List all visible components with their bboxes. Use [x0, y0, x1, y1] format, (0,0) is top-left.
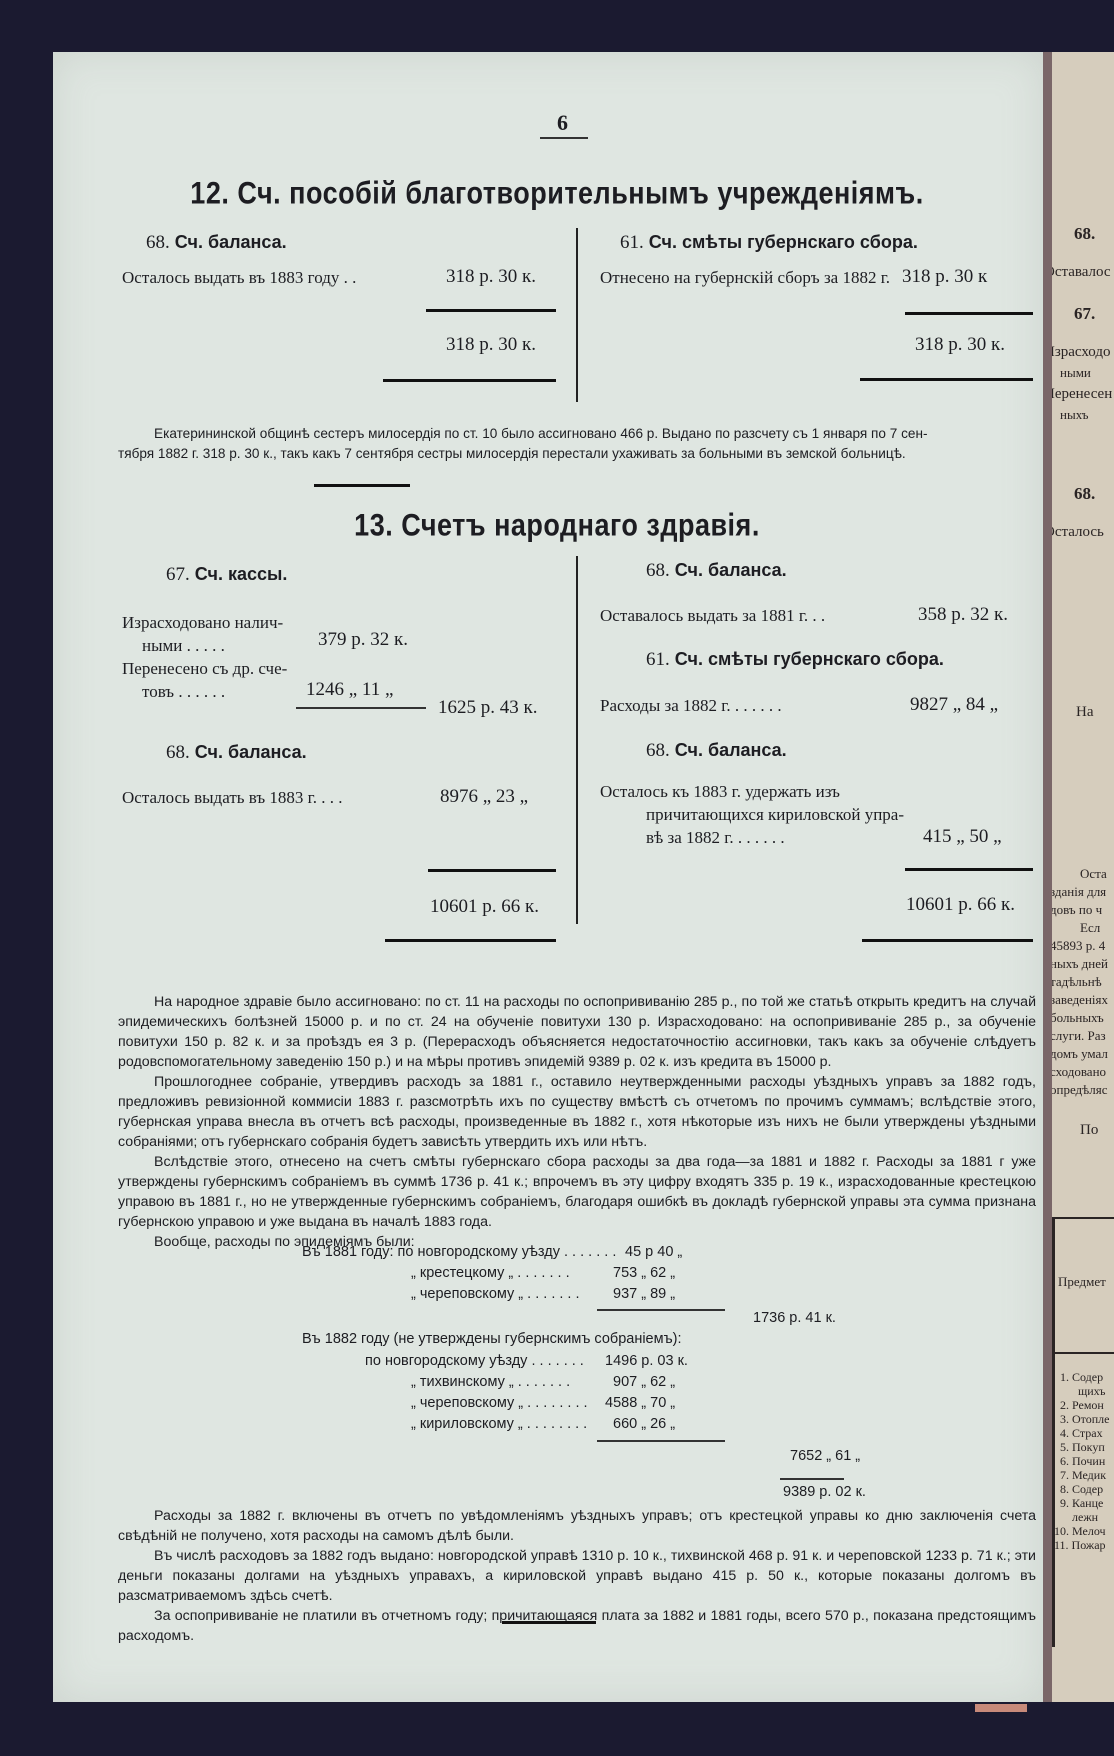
adjacent-list-item: 2. Ремон	[1060, 1398, 1104, 1413]
epidemic-1881-total: 1736 р. 41 к.	[753, 1310, 836, 1326]
line-amount: 379 р. 32 к.	[318, 629, 408, 651]
line-amount: 358 р. 32 к.	[918, 604, 1008, 626]
adjacent-fragment: зданія для	[1052, 884, 1106, 900]
acct-67-heading: 67. Сч. кассы.	[166, 564, 287, 586]
section-separator	[314, 484, 410, 487]
epidemic-grand-total: 9389 р. 02 к.	[783, 1484, 866, 1500]
epidemic-amount: 907 „ 62 „	[613, 1374, 675, 1390]
adjacent-list-item: 9. Канце	[1060, 1496, 1103, 1511]
body-text-block-2: Расходы за 1882 г. включены въ отчетъ по…	[118, 1506, 1036, 1646]
adjacent-table-rule	[1052, 1352, 1114, 1354]
epidemic-row-label: „ кириловскому „ . . . . . . . .	[411, 1416, 587, 1432]
account-number: 68.	[646, 740, 670, 761]
sum-rule	[428, 869, 556, 872]
line-label: товъ . . . . . .	[142, 682, 225, 702]
adjacent-table-border	[1052, 1217, 1055, 1647]
epidemic-1882-label: Въ 1882 году (не утверждены губернскимъ …	[302, 1331, 682, 1347]
epidemic-row-label: „ череповскому „ . . . . . . .	[411, 1286, 580, 1302]
adjacent-fragment: ныхъ дней	[1052, 956, 1108, 972]
adjacent-list-item: 5. Покуп	[1060, 1440, 1105, 1455]
total-rule	[860, 378, 1033, 381]
section-12-right-total: 318 р. 30 к.	[915, 334, 1005, 356]
total-rule	[385, 939, 556, 942]
acct-68b-heading: 68. Сч. баланса.	[646, 740, 787, 762]
adjacent-table-rule	[1052, 1217, 1114, 1219]
adjacent-fragment: На	[1076, 704, 1094, 721]
epidemic-row-label: „ череповскому „ . . . . . . . .	[411, 1395, 588, 1411]
column-divider	[576, 228, 578, 402]
epidemic-amount: 4588 „ 70 „	[605, 1395, 675, 1411]
account-heading: Сч. смѣты губернскаго сбора.	[649, 232, 918, 252]
adjacent-list-item: 1. Содер	[1060, 1370, 1103, 1385]
line-amount: 318 р. 30 к.	[446, 266, 536, 288]
line-label: Осталось выдать въ 1883 г. . . .	[122, 788, 342, 808]
total-rule	[862, 939, 1033, 942]
epidemic-amount: 753 „ 62 „	[613, 1265, 675, 1281]
account-heading: Сч. смѣты губернскаго сбора.	[675, 649, 944, 669]
note-line: Екатерининской общинѣ сестеръ милосердія…	[118, 424, 1036, 444]
paragraph: На народное здравіе было ассигновано: по…	[118, 992, 1036, 1072]
section-12-left-heading: 68. Сч. баланса.	[146, 232, 287, 254]
line-amount: 8976 „ 23 „	[440, 786, 528, 808]
adjacent-list-item: лежн	[1072, 1510, 1098, 1525]
account-number: 61.	[620, 232, 644, 253]
body-text-block-1: На народное здравіе было ассигновано: по…	[118, 992, 1036, 1252]
epidemic-row-label: „ тихвинскому „ . . . . . . .	[411, 1374, 570, 1390]
section-12-left-total: 318 р. 30 к.	[446, 334, 536, 356]
line-label: причитающихся кириловской упра-	[646, 805, 904, 825]
section-12-right-heading: 61. Сч. смѣты губернскаго сбора.	[620, 232, 918, 254]
section-13-title: 13. Счетъ народнаго здравія.	[0, 508, 1114, 544]
adjacent-list-item: 3. Отопле	[1060, 1412, 1110, 1427]
line-label: Отнесено на губернскій сборъ за 1882 г.	[600, 268, 890, 288]
paragraph: Вслѣдствіе этого, отнесено на счетъ смѣт…	[118, 1152, 1036, 1232]
section-12-note: Екатерининской общинѣ сестеръ милосердія…	[118, 424, 1036, 464]
adjacent-fragment: Оста	[1080, 866, 1107, 882]
epidemic-row-label: „ крестецкому „ . . . . . . .	[411, 1265, 570, 1281]
adjacent-list-item: 11. Пожар	[1054, 1538, 1106, 1553]
adjacent-fragment: 45893 р. 4	[1052, 938, 1105, 954]
note-line: тября 1882 г. 318 р. 30 к., такъ какъ 7 …	[118, 444, 1036, 464]
account-number: 68.	[146, 232, 170, 253]
section-12-title: 12. Сч. пособій благотворительнымъ учреж…	[0, 176, 1114, 212]
total-rule	[780, 1478, 844, 1480]
end-separator	[502, 1621, 596, 1624]
paragraph: Прошлогоднее собраніе, утвердивъ расходъ…	[118, 1072, 1036, 1152]
line-amount: 9827 „ 84 „	[910, 694, 998, 716]
adjacent-list-item: щихъ	[1078, 1384, 1105, 1399]
sum-rule	[426, 309, 556, 312]
line-amount: 1246 „ 11 „	[306, 679, 393, 701]
adjacent-fragment: заведеніях	[1052, 992, 1108, 1008]
adjacent-list-item: 7. Медик	[1060, 1468, 1106, 1483]
adjacent-fragment: больныхъ	[1052, 1010, 1104, 1026]
section-13-left-total: 10601 р. 66 к.	[430, 896, 539, 918]
account-heading: Сч. баланса.	[675, 560, 787, 580]
total-rule	[383, 379, 556, 382]
adjacent-list-item: 6. Почин	[1060, 1454, 1105, 1469]
epidemic-1881-label: Въ 1881 году: по новгородскому уѣзду . .…	[302, 1244, 616, 1260]
line-label: Перенесено съ др. сче-	[122, 659, 287, 679]
account-heading: Сч. баланса.	[675, 740, 787, 760]
line-label: Расходы за 1882 г. . . . . . .	[600, 696, 782, 716]
account-heading: Сч. баланса.	[175, 232, 287, 252]
epidemic-row-label: по новгородскому уѣзду . . . . . . .	[365, 1353, 584, 1369]
book-spine	[1043, 52, 1052, 1702]
adjacent-fragment: ныхъ	[1060, 407, 1088, 423]
adjacent-fragment: 68.	[1074, 224, 1095, 244]
adjacent-fragment: По	[1080, 1122, 1098, 1139]
acct-68-heading: 68. Сч. баланса.	[166, 742, 307, 764]
adjacent-fragment: ными	[1060, 365, 1091, 381]
adjacent-fragment: домъ умал	[1052, 1046, 1108, 1062]
account-number: 68.	[166, 742, 190, 763]
adjacent-fragment: Оставалос	[1052, 264, 1111, 281]
column-divider	[576, 556, 578, 924]
paragraph: Въ числѣ расходовъ за 1882 годъ выдано: …	[118, 1546, 1036, 1606]
page-number: 6	[557, 110, 568, 136]
adjacent-fragment: довъ по ч	[1052, 902, 1102, 918]
line-label: Израсходовано налич-	[122, 613, 283, 633]
line-label: Оставалось выдать за 1881 г. . .	[600, 606, 825, 626]
subtotal-rule	[597, 1440, 725, 1442]
line-label: Осталось выдать въ 1883 году . .	[122, 268, 356, 288]
section-13-right-total: 10601 р. 66 к.	[906, 894, 1015, 916]
adjacent-fragment: сходовано	[1052, 1064, 1106, 1080]
subtotal-rule	[296, 707, 426, 709]
adjacent-fragment: опредѣляс	[1052, 1082, 1107, 1098]
adjacent-fragment: Предмет	[1058, 1274, 1106, 1290]
document-page	[53, 52, 1043, 1702]
sum-rule	[905, 312, 1033, 315]
sum-rule	[905, 868, 1033, 871]
page-number-rule	[540, 137, 588, 139]
line-label: ными . . . . .	[142, 636, 225, 656]
adjacent-list-item: 8. Содер	[1060, 1482, 1103, 1497]
acct-61-heading: 61. Сч. смѣты губернскаго сбора.	[646, 649, 944, 671]
adjacent-page-strip: 68. Оставалос 67. Израсходо ными Перенес…	[1052, 52, 1114, 1702]
account-number: 68.	[646, 560, 670, 581]
adjacent-fragment: 68.	[1074, 484, 1095, 504]
epidemic-amount: 45 р 40 „	[625, 1244, 682, 1260]
paragraph: За оспопрививаніе не платили въ отчетном…	[118, 1606, 1036, 1646]
adjacent-fragment: Перенесен	[1052, 386, 1112, 403]
subtotal-rule	[597, 1309, 725, 1311]
acct-68a-heading: 68. Сч. баланса.	[646, 560, 787, 582]
epidemic-amount: 1496 р. 03 к.	[605, 1353, 688, 1369]
adjacent-list-item: 4. Страх	[1060, 1426, 1103, 1441]
adjacent-list-item: 10. Мелоч	[1054, 1524, 1106, 1539]
account-number: 67.	[166, 564, 190, 585]
account-heading: Сч. кассы.	[195, 564, 288, 584]
line-label: вѣ за 1882 г. . . . . . .	[646, 828, 785, 848]
line-label: Осталось къ 1883 г. удержать изъ	[600, 782, 840, 802]
subtotal-amount: 1625 р. 43 к.	[438, 697, 537, 719]
line-amount: 318 р. 30 к	[902, 266, 987, 288]
adjacent-fragment: Израсходо	[1052, 344, 1111, 361]
account-number: 61.	[646, 649, 670, 670]
bookmark-tab	[975, 1704, 1027, 1712]
adjacent-fragment: слуги. Раз	[1052, 1028, 1106, 1044]
adjacent-fragment: Есл	[1080, 920, 1100, 936]
account-heading: Сч. баланса.	[195, 742, 307, 762]
paragraph: Расходы за 1882 г. включены въ отчетъ по…	[118, 1506, 1036, 1546]
epidemic-amount: 660 „ 26 „	[613, 1416, 675, 1432]
epidemic-1882-total: 7652 „ 61 „	[790, 1448, 860, 1464]
adjacent-fragment: тадѣльнѣ	[1052, 974, 1102, 990]
adjacent-fragment: 67.	[1074, 304, 1095, 324]
epidemic-amount: 937 „ 89 „	[613, 1286, 675, 1302]
line-amount: 415 „ 50 „	[923, 826, 1002, 848]
